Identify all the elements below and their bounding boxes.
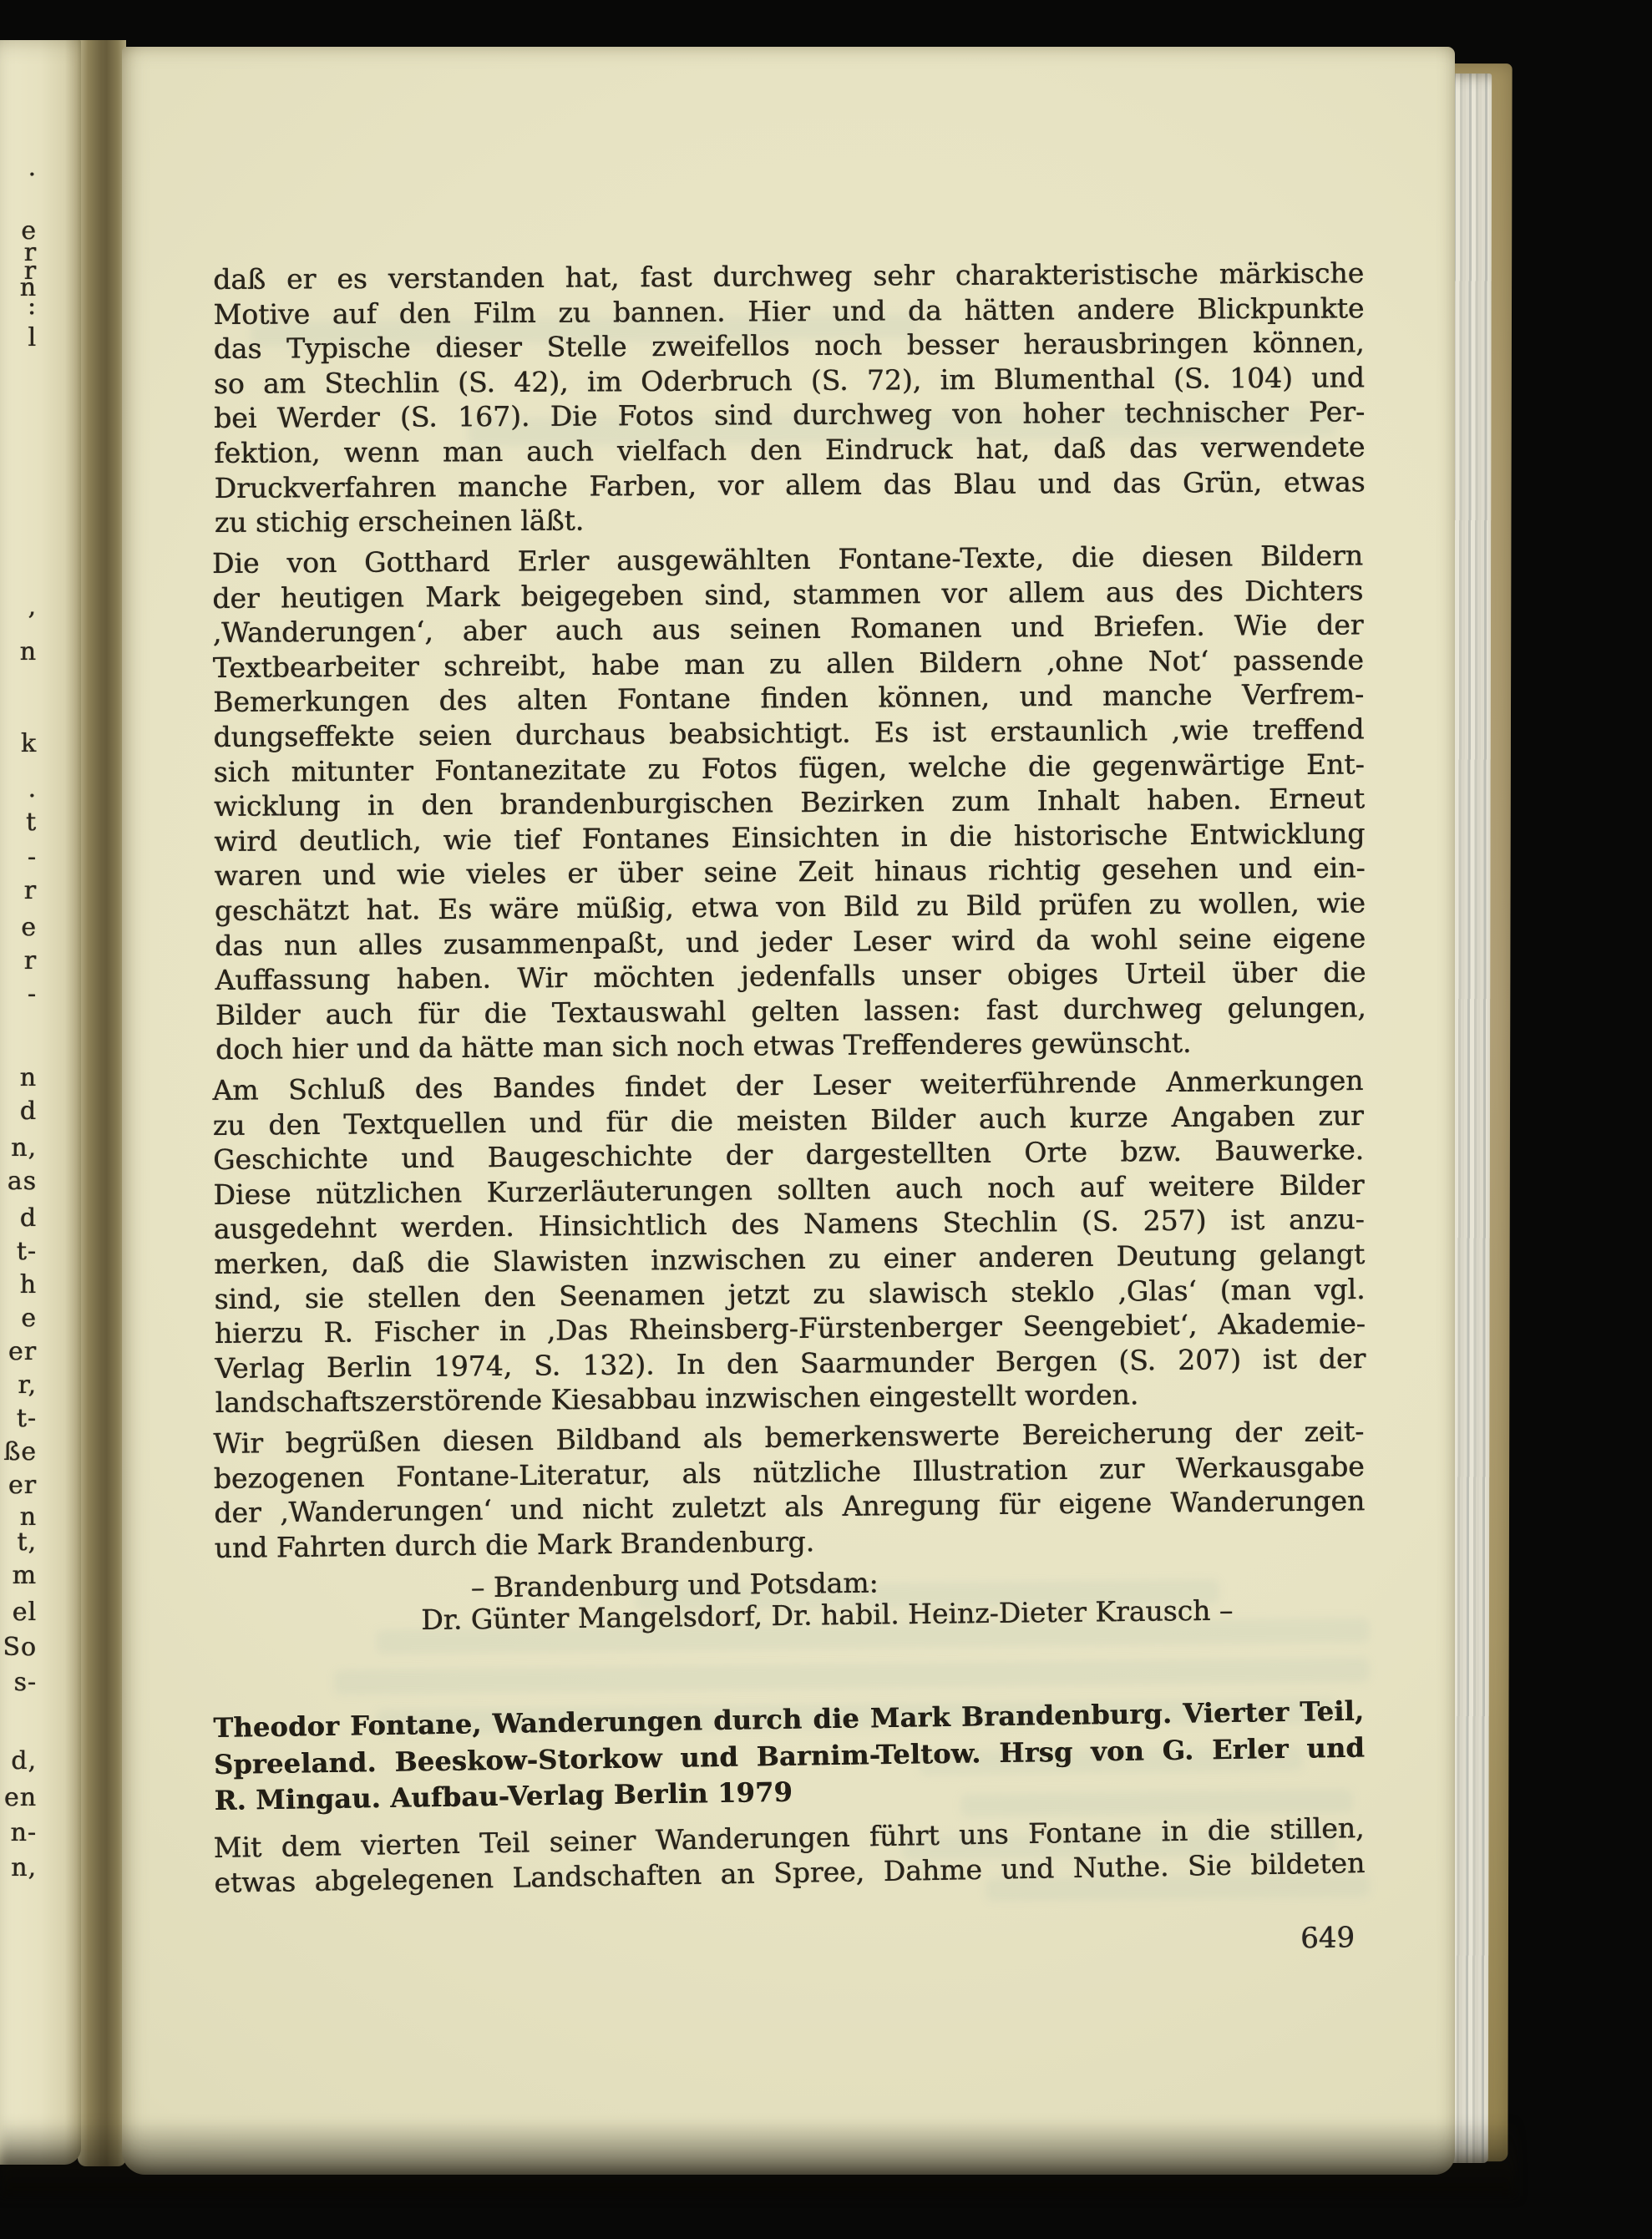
next-review-paragraph: Mit dem vierten Teil seiner Wanderungen … [213, 1811, 1365, 1900]
facing-page-text-fragment: er [0, 1473, 37, 1498]
review-paragraph-4: Wir begrüßen diesen Bildband als bemerke… [213, 1414, 1366, 1565]
facing-page-text-fragment: d [0, 1099, 37, 1124]
facing-page-text-fragment: n, [0, 1136, 37, 1161]
facing-page-text-fragment: - [0, 982, 37, 1007]
facing-page-text-fragment: t- [0, 1239, 37, 1264]
text-line: doch hier und da hätte man sich noch etw… [215, 1024, 1366, 1066]
facing-page-text-fragment: n [0, 640, 37, 665]
facing-page-text-fragments: .errn:l,nk.t-rer-ndn,asdt-heerr,t-ßeernt… [0, 0, 81, 2239]
facing-page-text-fragment: k [0, 732, 37, 757]
facing-page-text-fragment: r [0, 879, 37, 904]
facing-page-text-fragment: r, [0, 1373, 37, 1398]
review-paragraph-3: Am Schluß des Bandes findet der Leser we… [212, 1063, 1366, 1421]
facing-page-text-fragment: s- [0, 1670, 37, 1695]
page-text: daß er es verstanden hat, fast durchweg … [214, 262, 1365, 1955]
facing-page-text-fragment: r [0, 949, 37, 974]
facing-page-text-fragment: n [0, 1066, 37, 1091]
facing-page-text-fragment: er [0, 1340, 37, 1365]
page-number: 649 [214, 1921, 1365, 1973]
facing-page-text-fragment: d [0, 1206, 37, 1231]
facing-page-text-fragment: e [0, 1306, 37, 1331]
text-line: daß er es verstanden hat, fast durchweg … [213, 256, 1364, 296]
facing-page-text-fragment: - [0, 845, 37, 870]
facing-page-text-fragment: h [0, 1273, 37, 1298]
text-line: zu stichig erscheinen läßt. [215, 499, 1366, 539]
facing-page-text-fragment: t, [0, 1530, 37, 1555]
review-paragraph-1: daß er es verstanden hat, fast durchweg … [213, 256, 1366, 539]
facing-page-text-fragment: m [0, 1563, 37, 1588]
page-bottom-shadow [0, 2120, 1516, 2196]
text-line: das Typische dieser Stelle zweifellos no… [214, 325, 1365, 366]
facing-page-text-fragment: n [0, 1505, 37, 1530]
facing-page-text-fragment: t- [0, 1406, 37, 1431]
reviewer-signature: – Brandenburg und Potsdam: Dr. Günter Ma… [214, 1562, 1366, 1639]
facing-page-text-fragment: . [0, 777, 37, 802]
facing-page-text-fragment: ße [0, 1440, 37, 1465]
facing-page-text-fragment: as [0, 1169, 37, 1194]
bibliography-heading: Theodor Fontane, Wanderungen durch die M… [213, 1694, 1366, 1820]
facing-page-text-fragment: d, [0, 1749, 37, 1774]
facing-page-text-fragment: . [0, 155, 37, 180]
facing-page-text-fragment: e [0, 915, 37, 940]
facing-page-text-fragment: n, [0, 1856, 37, 1881]
facing-page-text-fragment: el [0, 1600, 37, 1625]
facing-page-text-fragment: : [0, 294, 37, 319]
review-paragraph-2: Die von Gotthard Erler ausgewählten Font… [212, 538, 1366, 1067]
facing-page-text-fragment: So [0, 1635, 37, 1660]
scan-background: .errn:l,nk.t-rer-ndn,asdt-heerr,t-ßeernt… [0, 0, 1652, 2239]
facing-page-text-fragment: n- [0, 1821, 37, 1846]
facing-page-text-fragment: en [0, 1786, 37, 1811]
facing-page-text-fragment: , [0, 595, 37, 620]
book-gutter-shadow [78, 40, 126, 2166]
text-line: Druckverfahren manche Farben, vor allem … [214, 464, 1365, 505]
facing-page-text-fragment: l [0, 326, 37, 351]
text-line: fektion, wenn man auch vielfach den Eind… [214, 429, 1365, 470]
facing-page-text-fragment: t [0, 810, 37, 835]
book-page: daß er es verstanden hat, fast durchweg … [122, 47, 1455, 2175]
